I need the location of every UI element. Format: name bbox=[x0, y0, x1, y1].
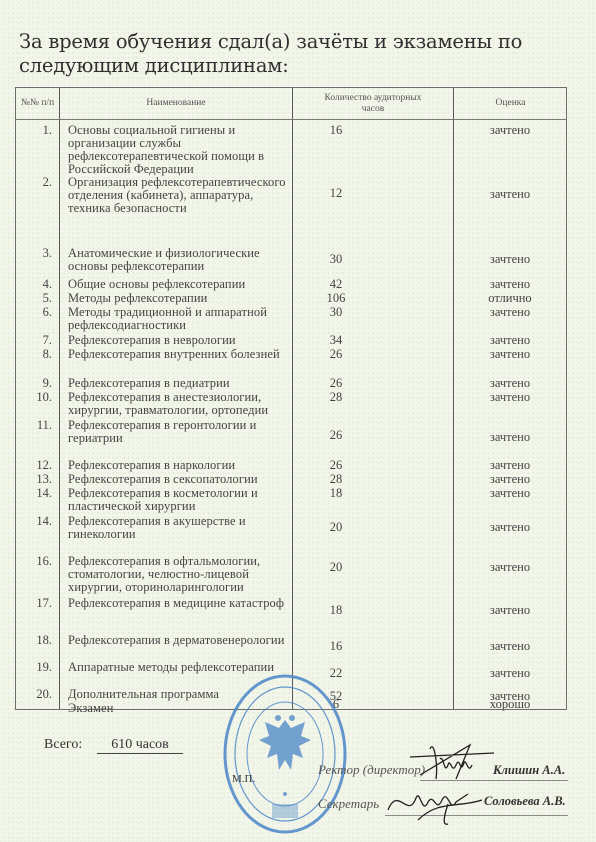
grade-value: зачтено bbox=[455, 604, 565, 617]
grade-value: зачтено bbox=[455, 561, 565, 574]
grade-value: зачтено bbox=[455, 487, 565, 500]
discipline-name: Анатомические и физиологические основы р… bbox=[68, 247, 296, 273]
discipline-name: Общие основы рефлексотерапии bbox=[68, 278, 296, 291]
row-number: 16. bbox=[16, 555, 52, 568]
row-number: 5. bbox=[16, 292, 52, 305]
grade-value: зачтено bbox=[455, 459, 565, 472]
row-number: 2. bbox=[16, 176, 52, 189]
disciplines-table: №№ п/п Наименование Количество аудиторны… bbox=[15, 87, 567, 710]
grade-value: зачтено bbox=[455, 334, 565, 347]
header-hours: Количество аудиторных часов bbox=[293, 88, 453, 119]
row-number: 17. bbox=[16, 597, 52, 610]
row-number: 9. bbox=[16, 377, 52, 390]
row-number: 3. bbox=[16, 247, 52, 260]
discipline-name: Рефлексотерапия в сексопатологии bbox=[68, 473, 296, 486]
signature-name-rector: Клишин А.А. bbox=[493, 763, 565, 778]
hours-value: 16 bbox=[306, 640, 366, 653]
grade-value: зачтено bbox=[455, 377, 565, 390]
discipline-name: Рефлексотерапия в педиатрии bbox=[68, 377, 296, 390]
grade-value: зачтено bbox=[455, 253, 565, 266]
hours-value: 30 bbox=[306, 306, 366, 319]
discipline-name: Основы социальной гигиены и организации … bbox=[68, 124, 296, 176]
grade-value: зачтено bbox=[455, 667, 565, 680]
row-number: 8. bbox=[16, 348, 52, 361]
signature-name-secretary: Соловьева А.В. bbox=[484, 794, 566, 809]
discipline-name: Организация рефлексотерапевтического отд… bbox=[68, 176, 296, 215]
grade-value: хорошо bbox=[455, 698, 565, 711]
secretary-signature-icon bbox=[378, 780, 488, 830]
row-number: 14. bbox=[16, 515, 52, 528]
grade-value: зачтено bbox=[455, 431, 565, 444]
discipline-name: Рефлексотерапия в косметологии и пластич… bbox=[68, 487, 296, 513]
hours-value: 20 bbox=[306, 521, 366, 534]
header-number: №№ п/п bbox=[16, 88, 59, 119]
hours-value: 26 bbox=[306, 459, 366, 472]
column-divider bbox=[59, 88, 60, 709]
discipline-name: Методы рефлексотерапии bbox=[68, 292, 296, 305]
discipline-name: Рефлексотерапия в геронтологии и гериатр… bbox=[68, 419, 296, 445]
total-label: Всего: bbox=[44, 737, 82, 753]
hours-value: 20 bbox=[306, 561, 366, 574]
discipline-name: Рефлексотерапия в акушерстве и гинеколог… bbox=[68, 515, 296, 541]
discipline-name: Рефлексотерапия в офтальмологии, стомато… bbox=[68, 555, 296, 594]
hours-value: 26 bbox=[306, 377, 366, 390]
hours-value: 28 bbox=[306, 391, 366, 404]
row-number: 1. bbox=[16, 124, 52, 137]
stamp-place-label: М.П. bbox=[232, 773, 255, 785]
hours-value: 12 bbox=[306, 187, 366, 200]
row-number: 18. bbox=[16, 634, 52, 647]
hours-value: 34 bbox=[306, 334, 366, 347]
grade-value: отлично bbox=[455, 292, 565, 305]
grade-value: зачтено bbox=[455, 188, 565, 201]
hours-value: 106 bbox=[306, 292, 366, 305]
header-grade: Оценка bbox=[454, 88, 567, 119]
signature-role-secretary: Секретарь bbox=[318, 796, 379, 812]
grade-value: зачтено bbox=[455, 306, 565, 319]
total-hours: 610 часов bbox=[97, 737, 183, 754]
grade-value: зачтено bbox=[455, 124, 565, 137]
hours-value: 42 bbox=[306, 278, 366, 291]
row-number: 19. bbox=[16, 661, 52, 674]
discipline-name: Рефлексотерапия в наркологии bbox=[68, 459, 296, 472]
hours-value: 16 bbox=[306, 124, 366, 137]
row-number: 20. bbox=[16, 688, 52, 701]
grade-value: зачтено bbox=[455, 473, 565, 486]
grade-value: зачтено bbox=[455, 391, 565, 404]
grade-value: зачтено bbox=[455, 521, 565, 534]
row-number: 11. bbox=[16, 419, 52, 432]
page-heading: За время обучения сдал(а) зачёты и экзам… bbox=[19, 30, 589, 78]
header-divider bbox=[16, 119, 566, 120]
hours-value: 30 bbox=[306, 253, 366, 266]
row-number: 10. bbox=[16, 391, 52, 404]
row-number: 13. bbox=[16, 473, 52, 486]
hours-value: 26 bbox=[306, 429, 366, 442]
row-number: 14. bbox=[16, 487, 52, 500]
row-number: 4. bbox=[16, 278, 52, 291]
hours-value: 18 bbox=[306, 487, 366, 500]
hours-value: 26 bbox=[306, 348, 366, 361]
grade-value: зачтено bbox=[455, 278, 565, 291]
hours-value: 18 bbox=[306, 604, 366, 617]
row-number: 6. bbox=[16, 306, 52, 319]
discipline-name: Рефлексотерапия в дерматовенерологии bbox=[68, 634, 296, 647]
row-number: 12. bbox=[16, 459, 52, 472]
row-number: 7. bbox=[16, 334, 52, 347]
grade-value: зачтено bbox=[455, 640, 565, 653]
discipline-name: Рефлексотерапия в анестезиологии, хирург… bbox=[68, 391, 296, 417]
hours-value: 28 bbox=[306, 473, 366, 486]
column-divider bbox=[453, 88, 454, 709]
discipline-name: Рефлексотерапия в медицине катастроф bbox=[68, 597, 296, 610]
grade-value: зачтено bbox=[455, 348, 565, 361]
discipline-name: Методы традиционной и аппаратной рефлекс… bbox=[68, 306, 296, 332]
header-name: Наименование bbox=[60, 88, 292, 119]
discipline-name: Рефлексотерапия в неврологии bbox=[68, 334, 296, 347]
discipline-name: Рефлексотерапия внутренних болезней bbox=[68, 348, 296, 361]
